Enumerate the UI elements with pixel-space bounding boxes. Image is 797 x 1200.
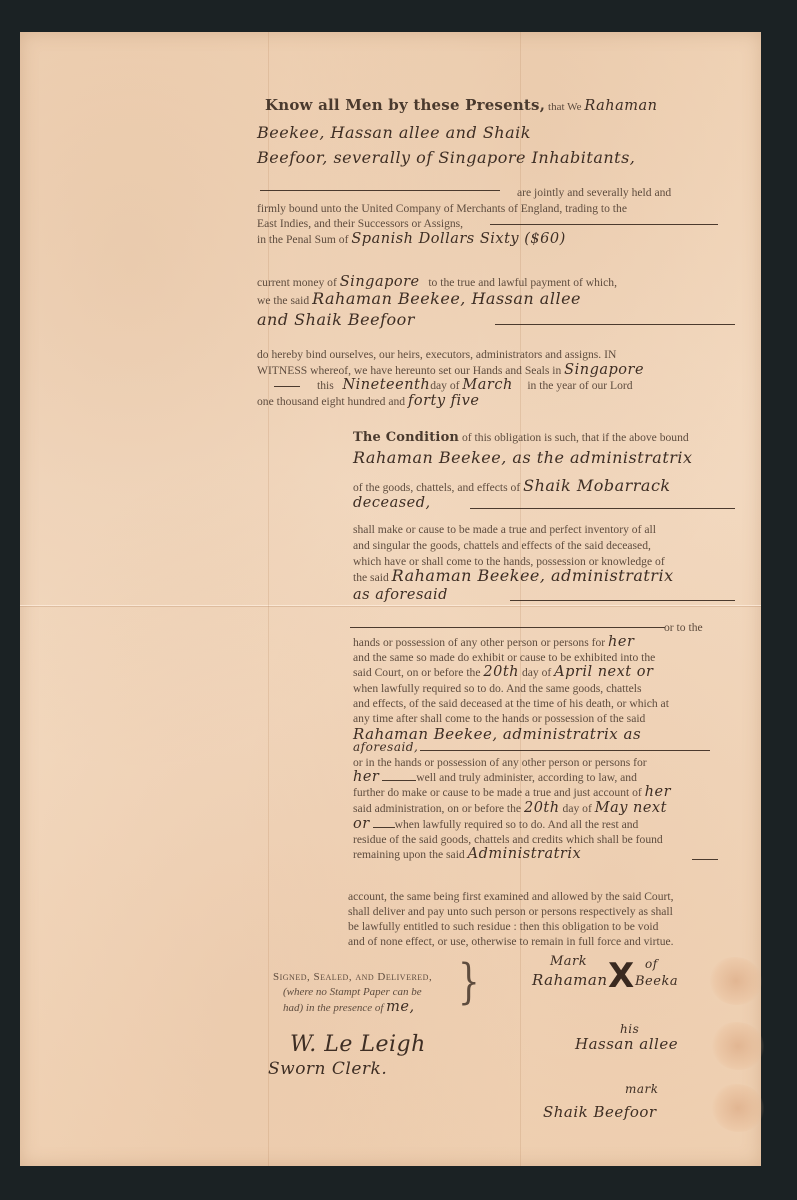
attestation-line-1: Signed, Sealed, and Delivered, <box>273 970 432 985</box>
or-hand: or <box>353 816 370 832</box>
payment-text: to the true and lawful payment of which, <box>428 276 617 289</box>
exhibit-line-1: or to the <box>664 620 703 635</box>
effects-of-label: of the goods, chattels, and effects of <box>353 481 520 494</box>
signatory-1-surname: Beeka <box>635 974 678 989</box>
admin-line-3: further do make or cause to be made a tr… <box>353 785 671 800</box>
current-money-label: current money of <box>257 276 337 289</box>
hand-line-inhabitants: Beefoor, severally of Singapore Inhabita… <box>257 150 635 165</box>
penal-sum-value: Spanish Dollars Sixty ($60) <box>351 231 565 247</box>
presence-of-value: me, <box>386 999 414 1015</box>
pronoun-her: her <box>645 784 671 800</box>
payment-line-1: current money of Singapore to the true a… <box>257 275 617 290</box>
document-heading: Know all Men by these Presents, <box>265 96 545 114</box>
heading-that-we: that We <box>548 101 581 113</box>
signatory-3-note: mark <box>625 1082 659 1097</box>
lawfully-text: when lawfully required so to do. And all… <box>395 818 639 831</box>
pronoun-her: her <box>353 769 379 785</box>
exhibit-line-3: and the same so made do exhibit or cause… <box>353 650 655 665</box>
witness-signature: W. Le Leigh <box>290 1037 426 1052</box>
bond-line-2: firmly bound unto the United Company of … <box>257 201 627 216</box>
administratrix-name: Rahaman Beekee, administratrix <box>392 566 674 585</box>
residue-line-2: shall deliver and pay unto such person o… <box>348 904 673 919</box>
witness-line-3: this Nineteenthday of March in the year … <box>317 378 633 393</box>
admin-line-5: or when lawfully required so to do. And … <box>353 817 638 832</box>
day-of-label: day of <box>430 379 459 392</box>
wax-seal-2 <box>712 1022 764 1070</box>
bond-line-1: are jointly and severally held and <box>517 185 671 200</box>
blank-rule <box>382 780 416 781</box>
witness-text: WITNESS whereof, we have hereunto set ou… <box>257 364 561 377</box>
exhibit-day: 20th <box>483 664 519 680</box>
blank-rule <box>350 627 665 628</box>
condition-text: of this obligation is such, that if the … <box>462 431 689 444</box>
remaining-upon-label: remaining upon the said <box>353 848 465 861</box>
before-the-label: said administration, on or before the <box>353 802 521 815</box>
blank-rule <box>510 600 735 601</box>
heading-line: Know all Men by these Presents, that We … <box>265 98 658 115</box>
blank-rule <box>692 859 718 860</box>
exhibit-line-4: said Court, on or before the 20th day of… <box>353 665 653 680</box>
currency-place: Singapore <box>340 274 420 290</box>
condition-line-1: The Condition of this obligation is such… <box>353 430 689 445</box>
inventory-line-5: as aforesaid <box>353 588 448 603</box>
before-the-label: said Court, on or before the <box>353 666 481 679</box>
witness-line-1: do hereby bind ourselves, our heirs, exe… <box>257 347 616 362</box>
obligor-names: Rahaman Beekee, Hassan allee <box>312 289 581 308</box>
account-of-label: further do make or cause to be made a tr… <box>353 786 642 799</box>
this-label: this <box>317 379 334 392</box>
attestation-line-2: (where no Stampt Paper can be <box>283 985 422 1000</box>
exhibit-line-2: hands or possession of any other person … <box>353 635 634 650</box>
payment-line-3: and Shaik Beefoor <box>257 312 415 327</box>
exhibit-line-9: aforesaid, <box>353 740 418 755</box>
persons-for-label: hands or possession of any other person … <box>353 636 605 649</box>
hand-line-names: Beekee, Hassan allee and Shaik <box>257 125 531 140</box>
condition-line-3: of the goods, chattels, and effects of S… <box>353 478 671 495</box>
condition-line-4: deceased, <box>353 496 431 511</box>
day-of-label: day of <box>563 802 592 815</box>
deceased-name: Shaik Mobarrack <box>523 476 671 495</box>
exhibit-line-5: when lawfully required so to do. And the… <box>353 681 642 696</box>
year-of-lord-label: in the year of our Lord <box>527 379 632 392</box>
inventory-line-4: the said Rahaman Beekee, administratrix <box>353 568 674 585</box>
witness-line-4: one thousand eight hundred and forty fiv… <box>257 394 479 409</box>
exhibit-month: April next or <box>554 664 653 680</box>
admin-line-1: or in the hands or possession of any oth… <box>353 755 647 770</box>
admin-line-6: residue of the said goods, chattels and … <box>353 832 663 847</box>
presence-of-label: had) in the presence of <box>283 1002 383 1014</box>
hand-rahaman: Rahaman <box>584 98 657 114</box>
bond-line-3: East Indies, and their Successors or Ass… <box>257 216 463 231</box>
admin-line-2: her well and truly administer, according… <box>353 770 637 785</box>
year-text: one thousand eight hundred and <box>257 395 405 408</box>
fold-line-horizontal <box>20 605 761 606</box>
admin-line-7: remaining upon the said Administratrix <box>353 847 581 862</box>
wax-seal-3 <box>712 1084 764 1132</box>
signatory-1-mark-label: Mark <box>550 954 587 969</box>
account-month: May next <box>595 800 667 816</box>
witness-place: Singapore <box>564 362 644 378</box>
blank-rule <box>373 827 395 828</box>
admin-line-4: said administration, on or before the 20… <box>353 801 667 816</box>
exhibit-line-6: and effects, of the said deceased at the… <box>353 696 669 711</box>
witness-title: Sworn Clerk. <box>268 1062 387 1077</box>
residue-line-4: and of none effect, or use, otherwise to… <box>348 934 674 949</box>
brace-icon: } <box>458 954 480 1010</box>
blank-rule <box>274 386 300 387</box>
month-value: March <box>462 377 512 393</box>
residue-line-3: be lawfully entitled to such residue : t… <box>348 919 658 934</box>
witness-line-2: WITNESS whereof, we have hereunto set ou… <box>257 363 644 378</box>
blank-rule <box>470 508 735 509</box>
we-the-said-label: we the said <box>257 294 309 307</box>
exhibit-line-7: any time after shall come to the hands o… <box>353 711 645 726</box>
condition-line-2: Rahaman Beekee, as the administratrix <box>353 450 693 465</box>
day-value: Nineteenth <box>342 377 430 393</box>
blank-rule <box>495 324 735 325</box>
attestation-line-3: had) in the presence of me, <box>283 1000 415 1016</box>
penal-sum-label: in the Penal Sum of <box>257 233 348 246</box>
signatory-3-name: Shaik Beefoor <box>543 1105 657 1120</box>
signatory-2-name: Hassan allee <box>575 1037 678 1052</box>
administratrix-hand: Administratrix <box>468 846 582 862</box>
day-of-label: day of <box>522 666 551 679</box>
inventory-line-2: and singular the goods, chattels and eff… <box>353 538 651 553</box>
wax-seal-1 <box>710 957 762 1005</box>
signatory-1-name: Rahaman <box>532 973 608 988</box>
residue-line-1: account, the same being first examined a… <box>348 889 674 904</box>
signatory-1-note: of <box>645 957 658 972</box>
pronoun-her: her <box>608 634 634 650</box>
document-paper: Know all Men by these Presents, that We … <box>20 32 761 1166</box>
blank-rule <box>420 750 710 751</box>
payment-line-2: we the said Rahaman Beekee, Hassan allee <box>257 291 581 308</box>
bond-line-4: in the Penal Sum of Spanish Dollars Sixt… <box>257 232 566 247</box>
condition-heading: The Condition <box>353 430 459 445</box>
year-value: forty five <box>408 393 479 409</box>
signatory-1-x-mark: X <box>608 956 634 996</box>
administer-text: well and truly administer, according to … <box>416 771 637 784</box>
inventory-line-1: shall make or cause to be made a true an… <box>353 522 656 537</box>
blank-rule <box>490 224 718 225</box>
account-day: 20th <box>524 800 560 816</box>
blank-rule <box>260 190 500 191</box>
the-said-label: the said <box>353 571 389 584</box>
